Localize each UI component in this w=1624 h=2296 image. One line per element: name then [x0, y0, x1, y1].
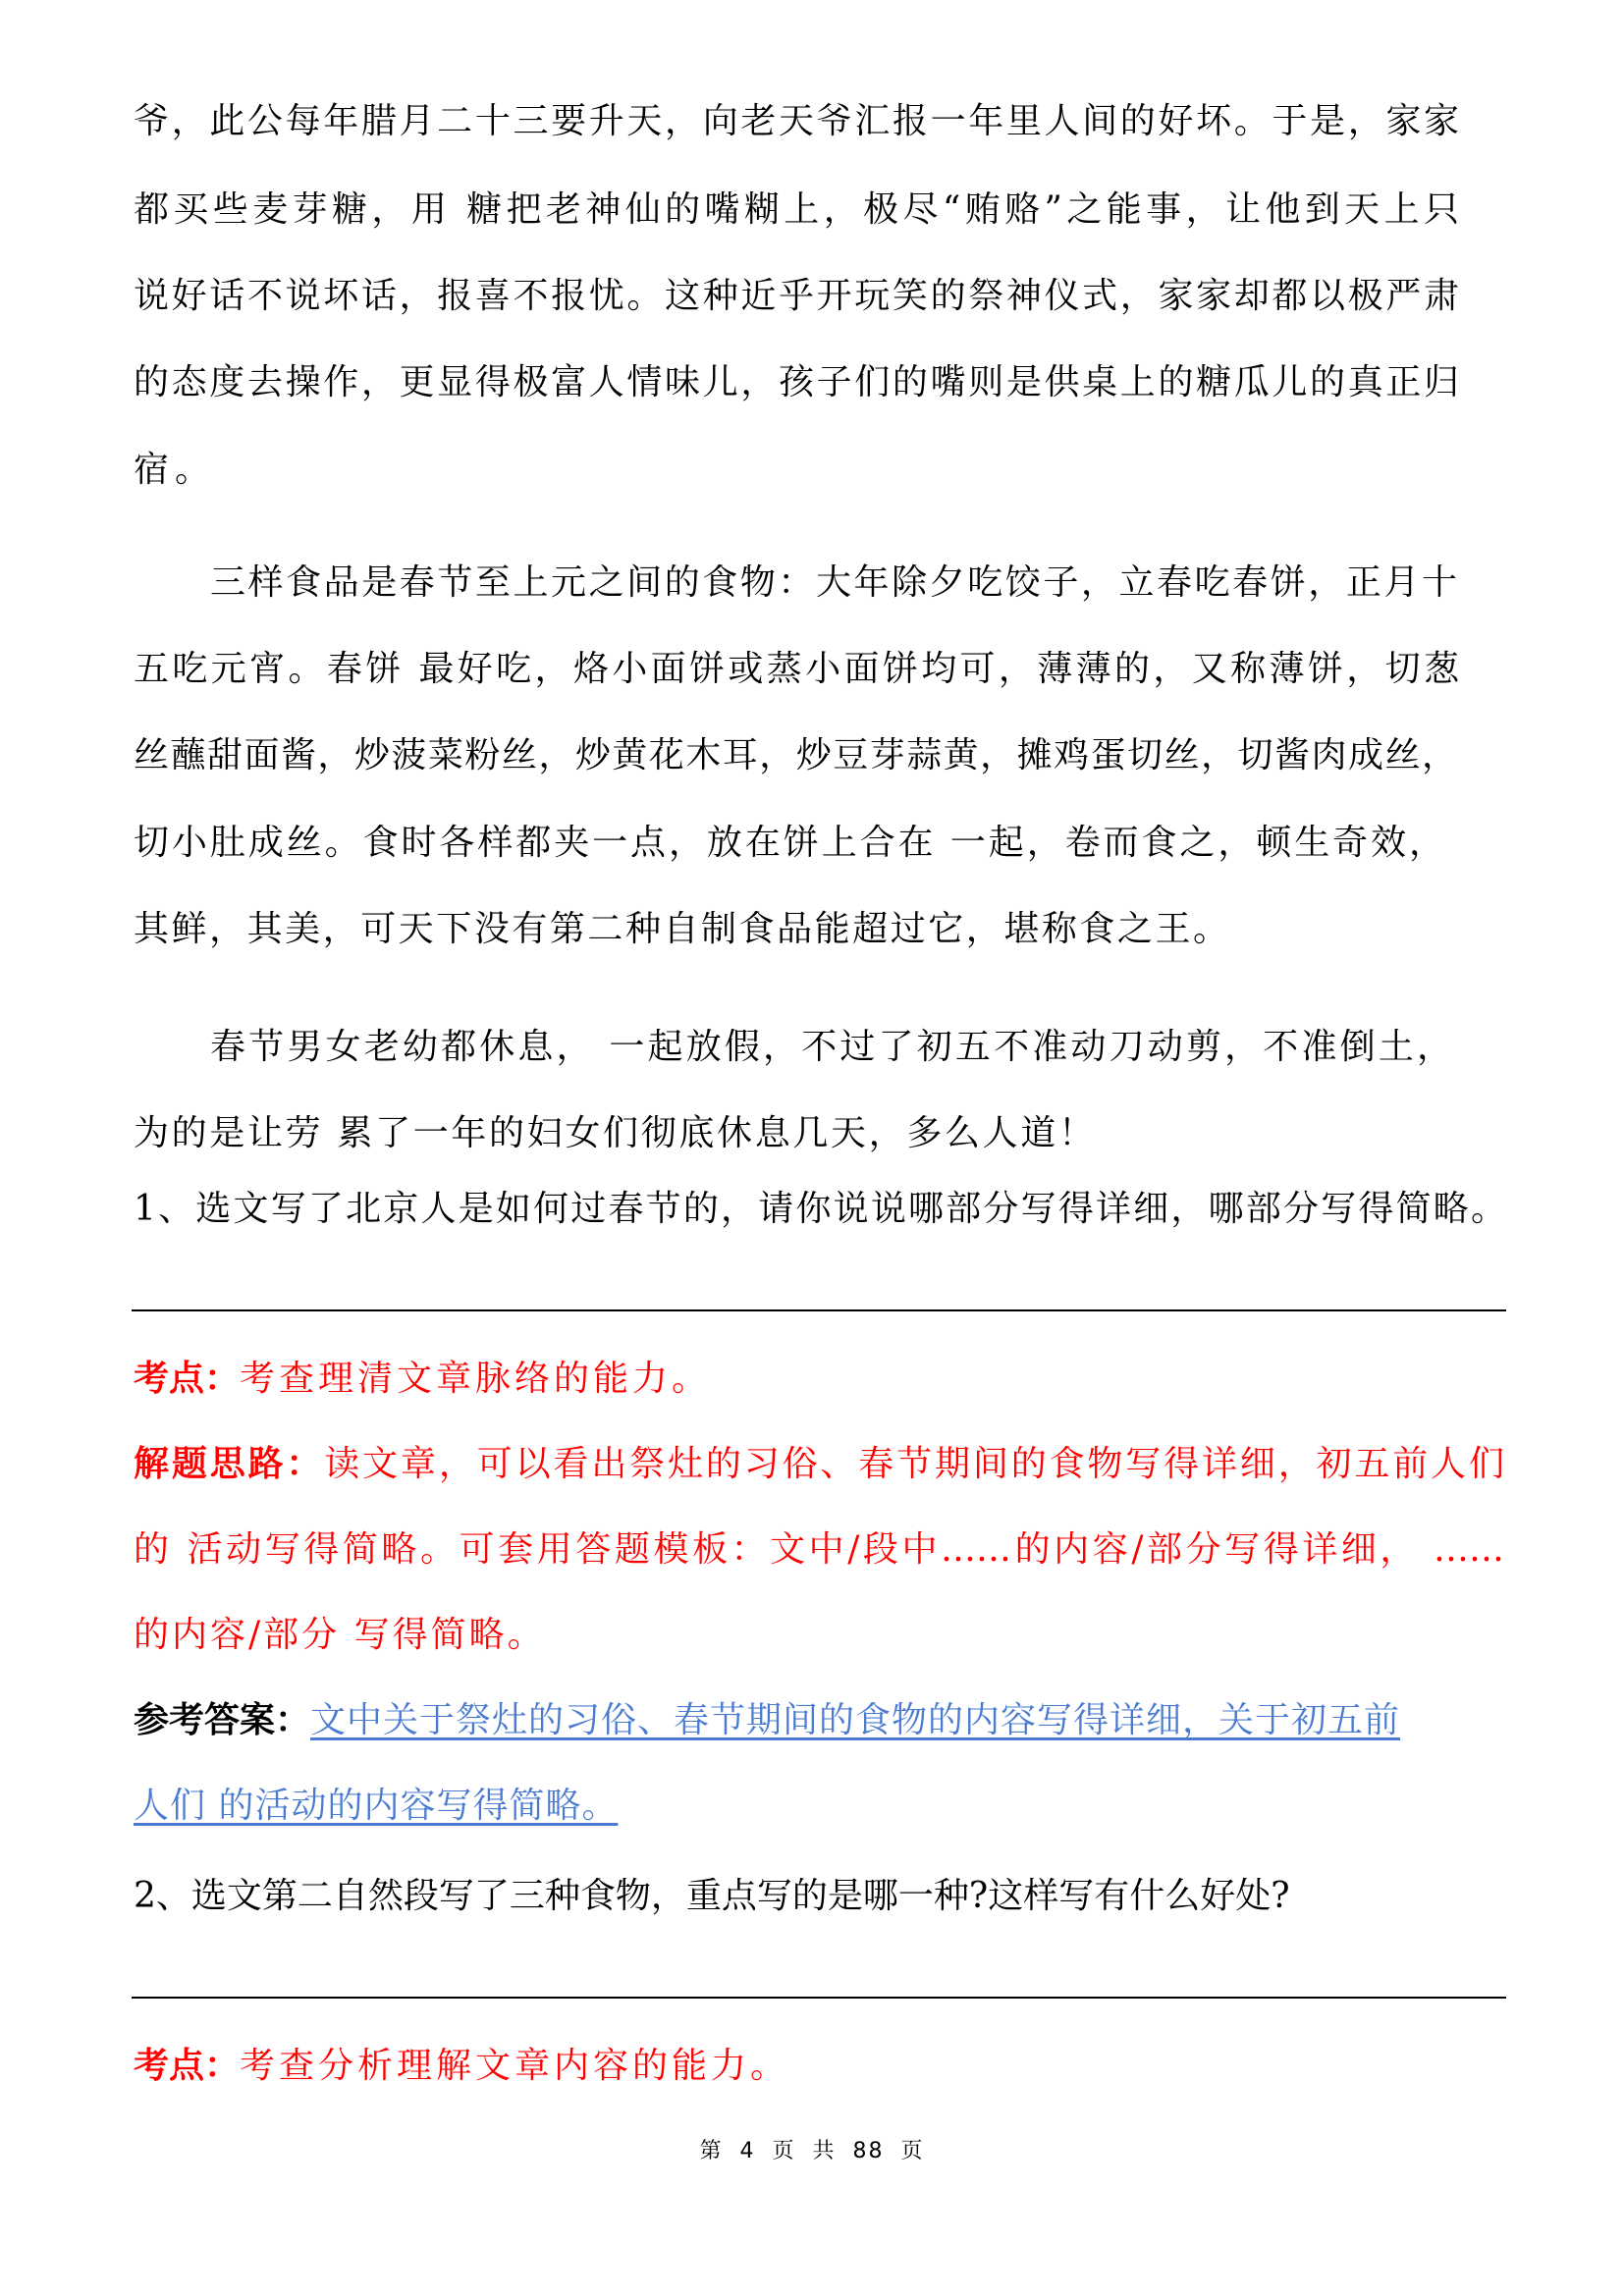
- passage-p1-line-2: 都买些麦芽糖，用 糖把老神仙的嘴糊上，极尽“贿赂”之能事，让他到天上只: [134, 187, 1459, 234]
- kaodian-label: 考点：: [134, 1358, 240, 1399]
- kaodian-text-2: 考查分析理解文章内容的能力。: [240, 2046, 789, 2086]
- answer-label: 参考答案：: [134, 1700, 310, 1740]
- passage-p2-line-2: 五吃元宵。春饼 最好吃，烙小面饼或蒸小面饼均可，薄薄的，又称薄饼，切葱: [134, 646, 1459, 693]
- passage-p2-line-3: 丝蘸甜面酱，炒菠菜粉丝，炒黄花木耳，炒豆芽蒜黄，摊鸡蛋切丝，切酱肉成丝，: [134, 732, 1457, 779]
- answer-blank-line-1: [132, 1309, 1506, 1311]
- passage-p2-line-4: 切小肚成丝。食时各样都夹一点，放在饼上合在 一起，卷而食之，顿生奇效，: [134, 820, 1444, 867]
- question-1-silu-line-1: 解题思路：读文章，可以看出祭灶的习俗、春节期间的食物写得详细，初五前人们: [134, 1440, 1504, 1487]
- question-1-silu-line-3: 的内容/部分 写得简略。: [134, 1612, 546, 1659]
- passage-p3-line-2: 为的是让劳 累了一年的妇女们彻底休息几天，多么人道！: [134, 1110, 1094, 1157]
- question-2-prompt: 2、选文第二自然段写了三种食物，重点写的是哪一种?这样写有什么好处?: [134, 1873, 1290, 1920]
- answer-blank-line-2: [132, 1997, 1506, 1999]
- page-number-footer: 第 4 页 共 88 页: [0, 2134, 1624, 2164]
- passage-p1-line-1: 爷，此公每年腊月二十三要升天，向老天爷汇报一年里人间的好坏。于是，家家: [134, 98, 1459, 145]
- passage-p2-line-5: 其鲜，其美，可天下没有第二种自制食品能超过它，堪称食之王。: [134, 906, 1228, 953]
- question-1-kaodian: 考点：考查理清文章脉络的能力。: [134, 1355, 711, 1402]
- question-1-silu-line-2: 的 活动写得简略。可套用答题模板：文中/段中……的内容/部分写得详细， ……: [134, 1526, 1504, 1574]
- question-2-kaodian: 考点：考查分析理解文章内容的能力。: [134, 2042, 789, 2089]
- kaodian-label-2: 考点：: [134, 2045, 240, 2086]
- answer-text-2: 人们 的活动的内容写得简略。: [134, 1786, 618, 1826]
- question-1-answer-line-1: 参考答案：文中关于祭灶的习俗、春节期间的食物的内容写得详细，关于初五前: [134, 1697, 1400, 1744]
- passage-p1-line-3: 说好话不说坏话，报喜不报忧。这种近乎开玩笑的祭神仪式，家家却都以极严肃: [134, 273, 1459, 320]
- question-1-prompt: 1、选文写了北京人是如何过春节的，请你说说哪部分写得详细，哪部分写得简略。: [134, 1186, 1506, 1233]
- passage-p3-line-1: 春节男女老幼都休息， 一起放假，不过了初五不准动刀动剪，不准倒土，: [210, 1024, 1452, 1071]
- answer-text-1: 文中关于祭灶的习俗、春节期间的食物的内容写得详细，关于初五前: [310, 1700, 1400, 1740]
- passage-p1-line-4: 的态度去操作，更显得极富人情味儿，孩子们的嘴则是供桌上的糖瓜儿的真正归: [134, 359, 1459, 406]
- silu-text-1: 读文章，可以看出祭灶的习俗、春节期间的食物写得详细，初五前人们: [324, 1444, 1504, 1484]
- passage-p1-line-5: 宿。: [134, 447, 216, 494]
- question-1-answer-line-2: 人们 的活动的内容写得简略。: [134, 1783, 618, 1830]
- passage-p2-line-1: 三样食品是春节至上元之间的食物：大年除夕吃饺子，立春吃春饼，正月十: [210, 560, 1457, 607]
- kaodian-text: 考查理清文章脉络的能力。: [240, 1359, 711, 1399]
- silu-label: 解题思路：: [134, 1443, 324, 1484]
- document-page: 爷，此公每年腊月二十三要升天，向老天爷汇报一年里人间的好坏。于是，家家 都买些麦…: [0, 0, 1624, 2296]
